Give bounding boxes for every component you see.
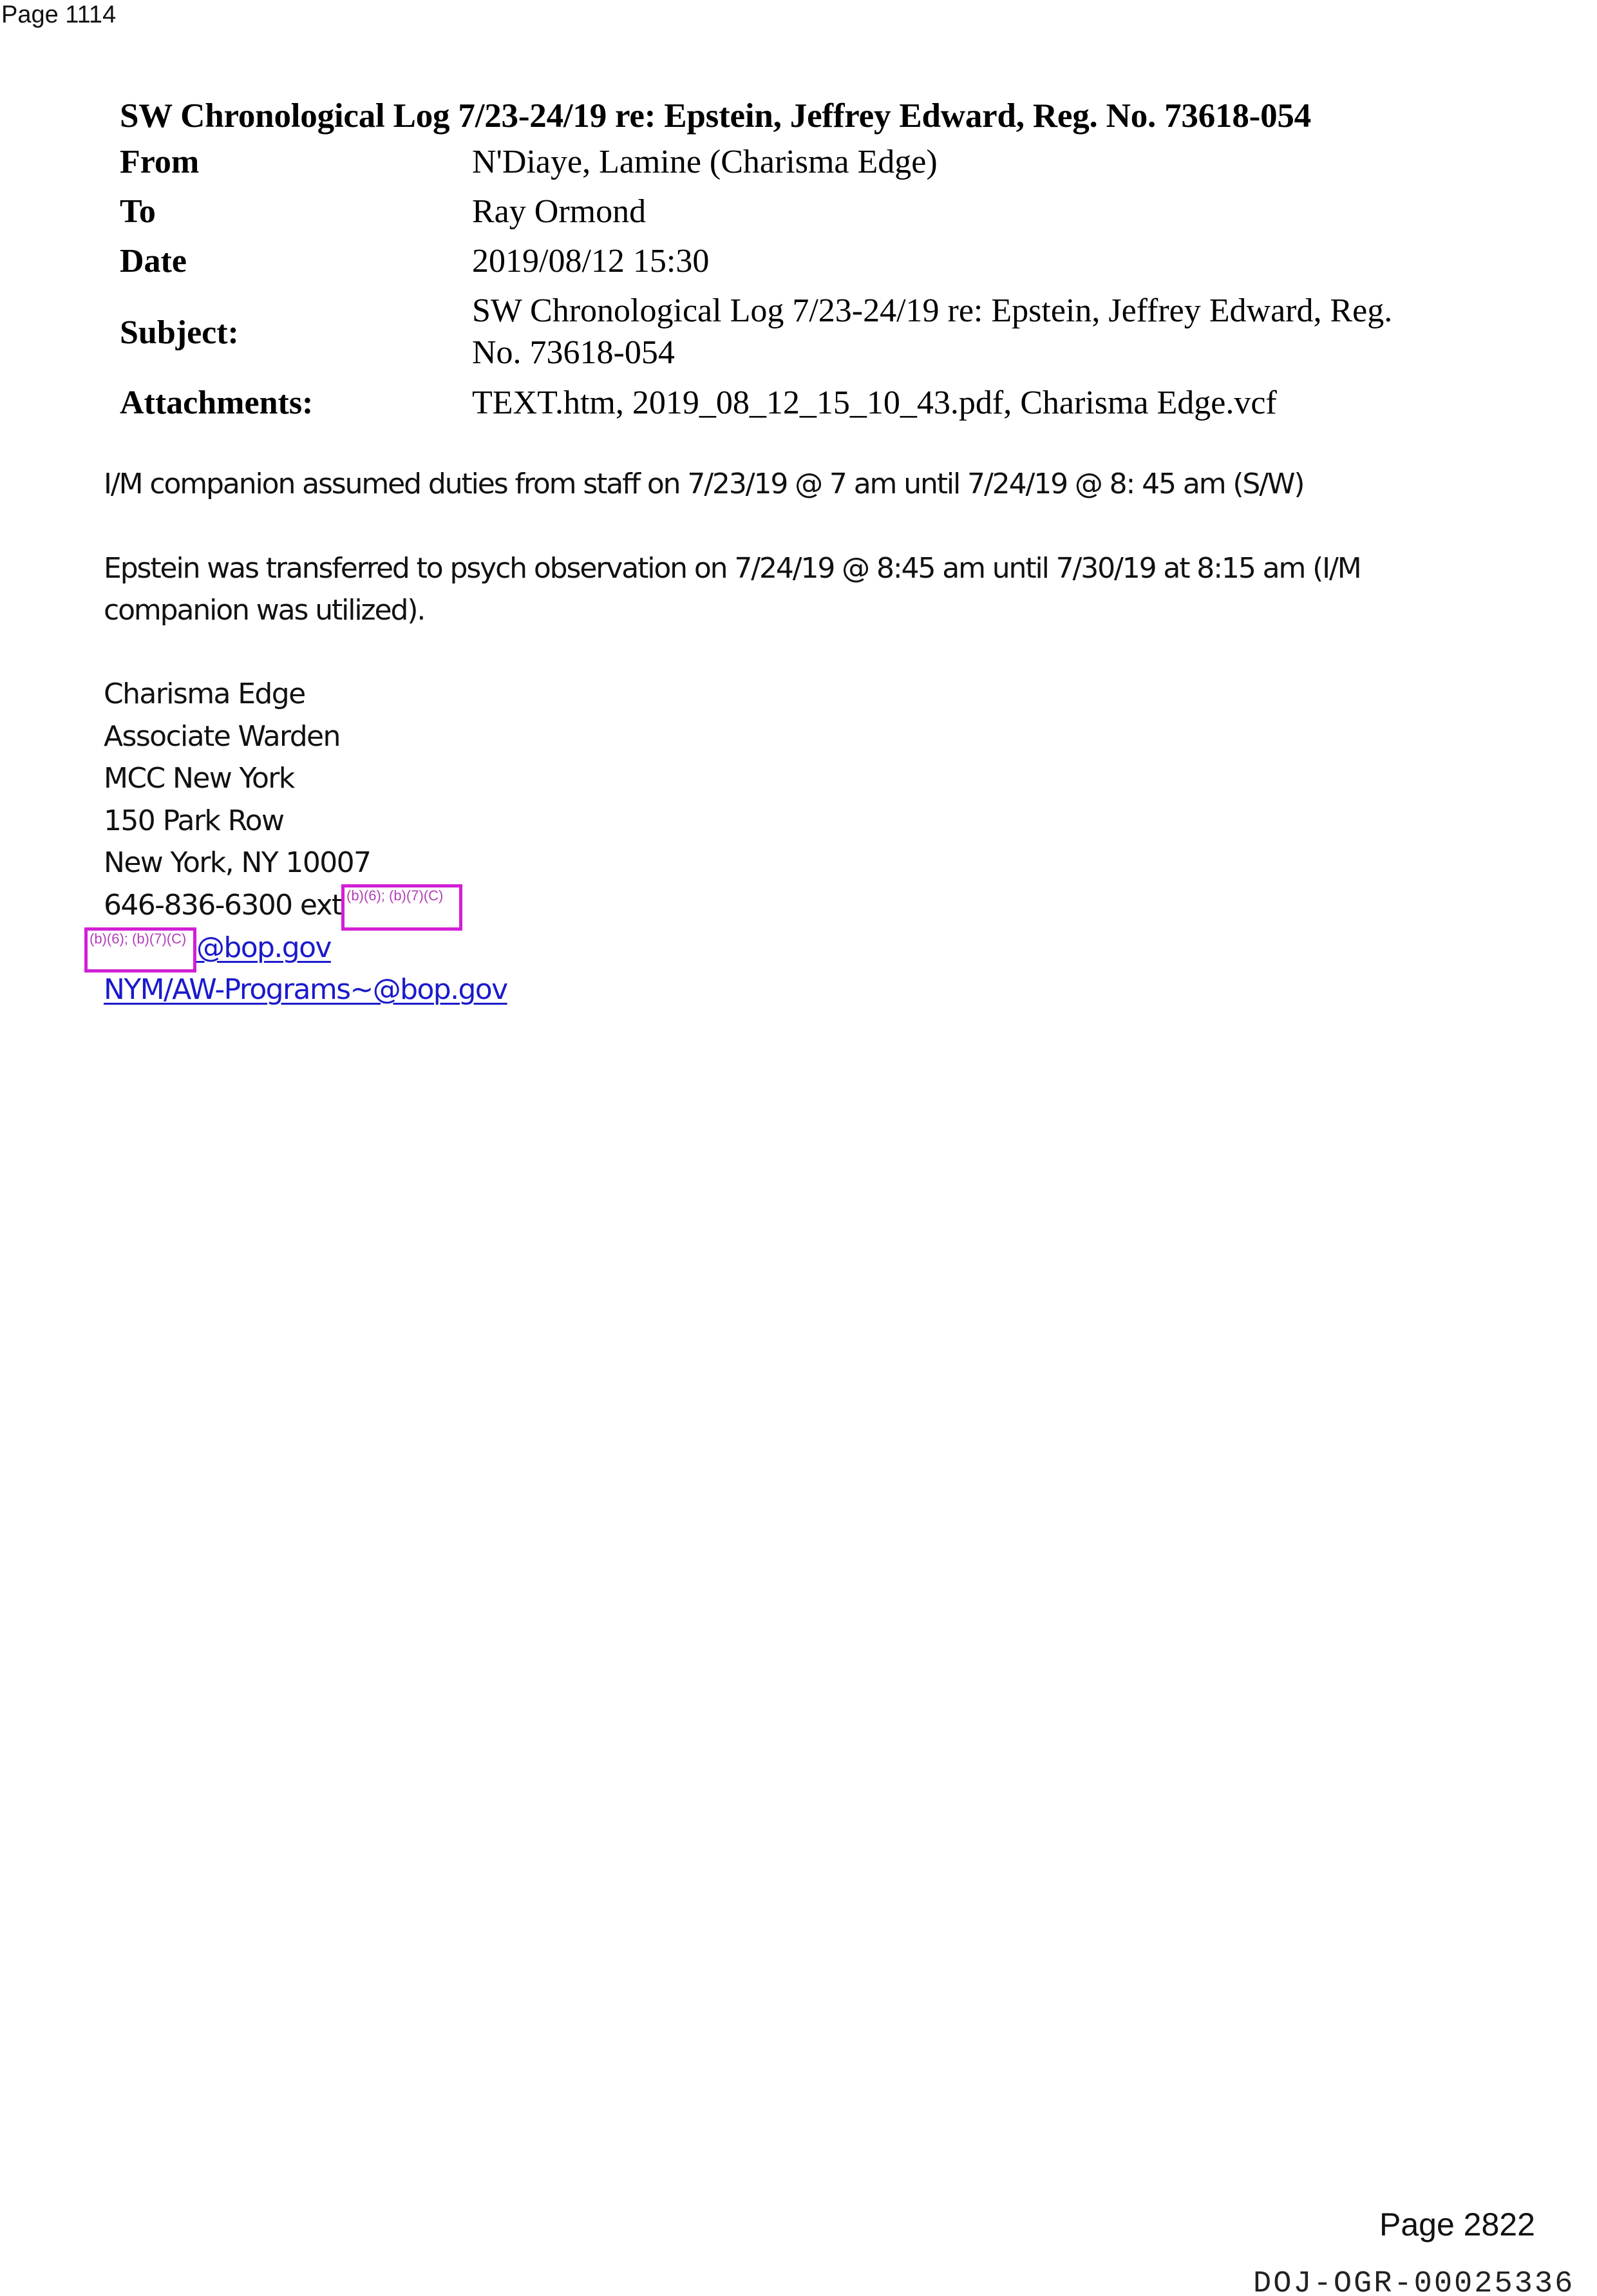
from-value: N'Diaye, Lamine (Charisma Edge) — [472, 143, 938, 181]
subject-value-line1: SW Chronological Log 7/23-24/19 re: Epst… — [472, 292, 1392, 330]
attachments-label: Attachments: — [120, 384, 313, 422]
email-link[interactable]: @bop.gov — [196, 931, 331, 964]
group-email-link[interactable]: NYM/AW-Programs~@bop.gov — [104, 973, 507, 1006]
body-paragraph-1: I/M companion assumed duties from staff … — [104, 468, 1303, 500]
body-paragraph-2-line-1: Epstein was transferred to psych observa… — [104, 552, 1361, 585]
bates-number: DOJ-OGR-00025336 — [1253, 2267, 1574, 2296]
date-value: 2019/08/12 15:30 — [472, 242, 709, 280]
to-label: To — [120, 193, 156, 231]
to-value: Ray Ormond — [472, 193, 646, 231]
from-label: From — [120, 143, 199, 181]
signature-phone: 646-836-6300 ext — [104, 889, 342, 922]
page-number-bottom: Page 2822 — [1379, 2206, 1535, 2243]
date-label: Date — [120, 242, 187, 280]
signature-street: 150 Park Row — [104, 804, 283, 837]
signature-name: Charisma Edge — [104, 678, 305, 710]
subject-label: Subject: — [120, 314, 239, 352]
attachments-value: TEXT.htm, 2019_08_12_15_10_43.pdf, Chari… — [472, 384, 1277, 422]
redaction-box-email-user: (b)(6); (b)(7)(C) — [84, 927, 196, 972]
signature-title: Associate Warden — [104, 720, 340, 753]
email-title: SW Chronological Log 7/23-24/19 re: Epst… — [120, 97, 1311, 135]
signature-facility: MCC New York — [104, 762, 294, 795]
page-number-top: Page 1114 — [1, 1, 116, 29]
subject-value-line2: No. 73618-054 — [472, 334, 675, 372]
body-paragraph-2-line-2: companion was utilized). — [104, 594, 424, 627]
redaction-box-phone-ext: (b)(6); (b)(7)(C) — [341, 884, 462, 931]
signature-city: New York, NY 10007 — [104, 846, 370, 879]
